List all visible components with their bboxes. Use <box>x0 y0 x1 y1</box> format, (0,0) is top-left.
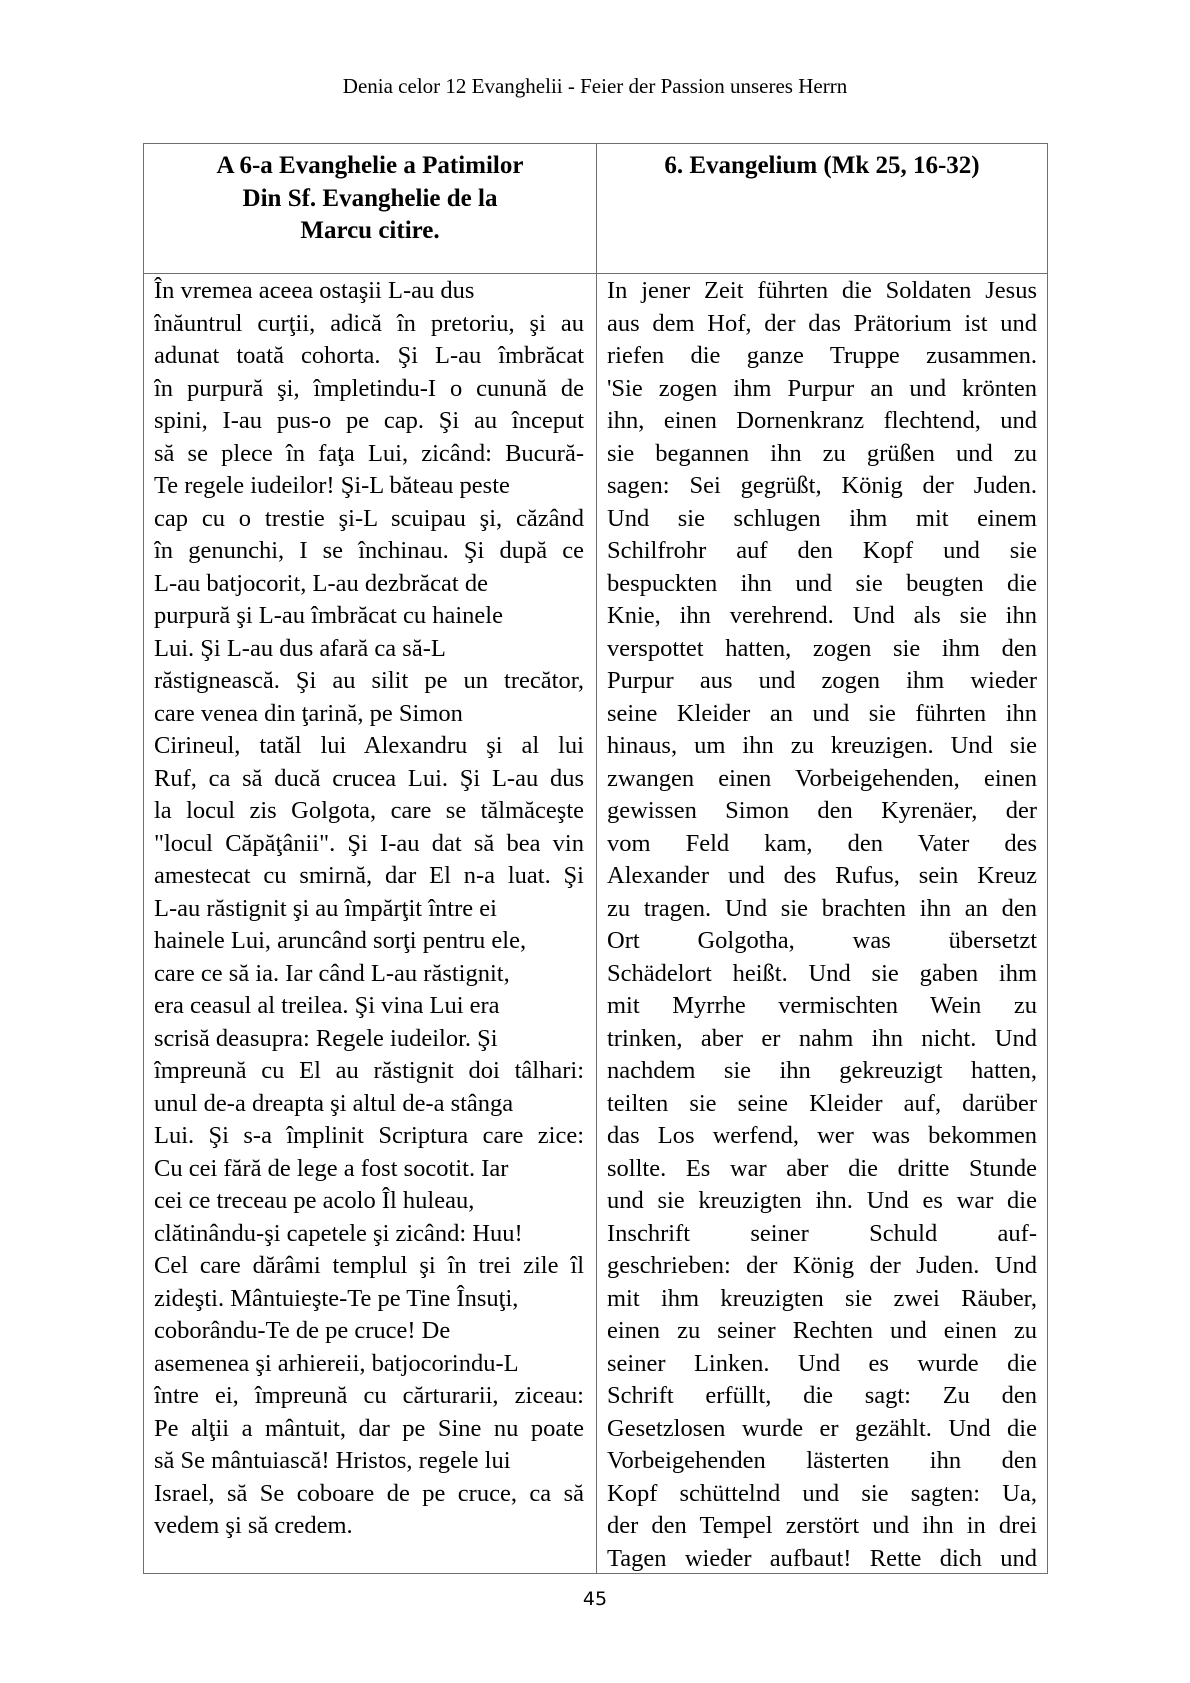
romanian-text-line: răstignească. Şi au silit pe un trecător… <box>154 665 584 698</box>
running-header: Denia celor 12 Evanghelii - Feier der Pa… <box>0 72 1190 100</box>
romanian-title-line: Marcu citire. <box>144 215 596 248</box>
german-text-line: bespuckten ihn und sie beugten die <box>607 568 1037 601</box>
german-title-line: 6. Evangelium (Mk 25, 16-32) <box>597 150 1047 183</box>
german-text-line: Tagen wieder aufbaut! Rette dich und <box>607 1543 1037 1576</box>
german-text-line: Schädelort heißt. Und sie gaben ihm <box>607 958 1037 991</box>
romanian-title-line: A 6-a Evanghelie a Patimilor <box>144 150 596 183</box>
german-text-line: seine Kleider an und sie führten ihn <box>607 698 1037 731</box>
romanian-text-line: coborându-Te de pe cruce! De <box>154 1315 584 1348</box>
romanian-text-line: clătinându-şi capetele şi zicând: Huu! <box>154 1218 584 1251</box>
romanian-text-line: Lui. Şi L-au dus afară ca să-L <box>154 633 584 666</box>
german-text-line: sollte. Es war aber die dritte Stunde <box>607 1153 1037 1186</box>
romanian-text-line: cei ce treceau pe acolo Îl huleau, <box>154 1185 584 1218</box>
romanian-text-line: În vremea aceea ostaşii L-au dus <box>154 275 584 308</box>
german-text-line: mit ihm kreuzigten sie zwei Räuber, <box>607 1283 1037 1316</box>
german-header-cell: 6. Evangelium (Mk 25, 16-32) <box>597 144 1047 273</box>
german-text-line: 'Sie zogen ihm Purpur an und krönten <box>607 373 1037 406</box>
german-text-line: verspottet hatten, zogen sie ihm den <box>607 633 1037 666</box>
romanian-text-line: să se plece în faţa Lui, zicând: Bucură- <box>154 438 584 471</box>
german-text-line: In jener Zeit führten die Soldaten Jesus <box>607 275 1037 308</box>
german-text-line: Gesetzlosen wurde er gezählt. Und die <box>607 1413 1037 1446</box>
romanian-text-line: în purpură şi, împletindu-I o cunună de <box>154 373 584 406</box>
german-text-line: Und sie schlugen ihm mit einem <box>607 503 1037 536</box>
romanian-title-line: Din Sf. Evanghelie de la <box>144 183 596 216</box>
romanian-text-line: între ei, împreună cu cărturarii, ziceau… <box>154 1380 584 1413</box>
german-text-line: gewissen Simon den Kyrenäer, der <box>607 795 1037 828</box>
romanian-text-line: vedem şi să credem. <box>154 1510 584 1543</box>
romanian-header-cell: A 6-a Evanghelie a Patimilor Din Sf. Eva… <box>144 144 596 273</box>
german-text-line: Kopf schüttelnd und sie sagten: Ua, <box>607 1478 1037 1511</box>
german-text-line: teilten sie seine Kleider auf, darüber <box>607 1088 1037 1121</box>
header-row-divider <box>144 273 1047 274</box>
german-text-line: zu tragen. Und sie brachten ihn an den <box>607 893 1037 926</box>
german-text-line: der den Tempel zerstört und ihn in drei <box>607 1510 1037 1543</box>
romanian-text-line: Te regele iudeilor! Şi-L băteau peste <box>154 470 584 503</box>
german-text-line: sie begannen ihn zu grüßen und zu <box>607 438 1037 471</box>
romanian-text-line: Lui. Şi s-a împlinit Scriptura care zice… <box>154 1120 584 1153</box>
romanian-text-line: împreună cu El au răstignit doi tâlhari: <box>154 1055 584 1088</box>
german-text-line: vom Feld kam, den Vater des <box>607 828 1037 861</box>
romanian-text-line: în genunchi, I se închinau. Şi după ce <box>154 535 584 568</box>
parallel-text-table: A 6-a Evanghelie a Patimilor Din Sf. Eva… <box>143 143 1048 1574</box>
romanian-text-line: "locul Căpăţânii". Şi I-au dat să bea vi… <box>154 828 584 861</box>
german-text-line: nachdem sie ihn gekreuzigt hatten, <box>607 1055 1037 1088</box>
romanian-text-line: care venea din ţarină, pe Simon <box>154 698 584 731</box>
german-text-line: Schilfrohr auf den Kopf und sie <box>607 535 1037 568</box>
romanian-text-line: înăuntrul curţii, adică în pretoriu, şi … <box>154 308 584 341</box>
romanian-text-line: Israel, să Se coboare de pe cruce, ca să <box>154 1478 584 1511</box>
german-text-line: Inschrift seiner Schuld auf- <box>607 1218 1037 1251</box>
page-number: 45 <box>0 1588 1190 1610</box>
german-text-line: zwangen einen Vorbeigehenden, einen <box>607 763 1037 796</box>
german-text-line: und sie kreuzigten ihn. Und es war die <box>607 1185 1037 1218</box>
german-text-line: das Los werfend, wer was bekommen <box>607 1120 1037 1153</box>
romanian-text-line: spini, I-au pus-o pe cap. Şi au început <box>154 405 584 438</box>
romanian-text-line: L-au batjocorit, L-au dezbrăcat de <box>154 568 584 601</box>
german-text-line: einen zu seiner Rechten und einen zu <box>607 1315 1037 1348</box>
romanian-text-line: Ruf, ca să ducă crucea Lui. Şi L-au dus <box>154 763 584 796</box>
romanian-text-line: adunat toată cohorta. Şi L-au îmbrăcat <box>154 340 584 373</box>
romanian-text-line: Cu cei fără de lege a fost socotit. Iar <box>154 1153 584 1186</box>
romanian-text-line: scrisă deasupra: Regele iudeilor. Şi <box>154 1023 584 1056</box>
german-text-line: riefen die ganze Truppe zusammen. <box>607 340 1037 373</box>
german-text-line: Alexander und des Rufus, sein Kreuz <box>607 860 1037 893</box>
german-text-line: Ort Golgotha, was übersetzt <box>607 925 1037 958</box>
romanian-text-line: Cel care dărâmi templul şi în trei zile … <box>154 1250 584 1283</box>
romanian-text-line: asemenea şi arhiereii, batjocorindu-L <box>154 1348 584 1381</box>
romanian-text-line: cap cu o trestie şi-L scuipau şi, căzând <box>154 503 584 536</box>
romanian-text-line: unul de-a dreapta şi altul de-a stânga <box>154 1088 584 1121</box>
german-text-line: Schrift erfüllt, die sagt: Zu den <box>607 1380 1037 1413</box>
romanian-text-line: amestecat cu smirnă, dar El n-a luat. Şi <box>154 860 584 893</box>
german-text-line: ihn, einen Dornenkranz flechtend, und <box>607 405 1037 438</box>
german-text-line: Vorbeigehenden lästerten ihn den <box>607 1445 1037 1478</box>
romanian-text-cell: În vremea aceea ostaşii L-au dusînăuntru… <box>154 275 584 1543</box>
german-text-line: mit Myrrhe vermischten Wein zu <box>607 990 1037 1023</box>
german-text-line: Knie, ihn verehrend. Und als sie ihn <box>607 600 1037 633</box>
romanian-text-line: zideşti. Mântuieşte-Te pe Tine Însuţi, <box>154 1283 584 1316</box>
romanian-text-line: Pe alţii a mântuit, dar pe Sine nu poate <box>154 1413 584 1446</box>
german-text-cell: In jener Zeit führten die Soldaten Jesus… <box>607 275 1037 1575</box>
german-text-line: trinken, aber er nahm ihn nicht. Und <box>607 1023 1037 1056</box>
column-divider <box>596 144 597 1573</box>
german-text-line: geschrieben: der König der Juden. Und <box>607 1250 1037 1283</box>
german-text-line: hinaus, um ihn zu kreuzigen. Und sie <box>607 730 1037 763</box>
romanian-text-line: care ce să ia. Iar când L-au răstignit, <box>154 958 584 991</box>
german-text-line: Purpur aus und zogen ihm wieder <box>607 665 1037 698</box>
german-text-line: seiner Linken. Und es wurde die <box>607 1348 1037 1381</box>
romanian-text-line: L-au răstignit şi au împărţit între ei <box>154 893 584 926</box>
romanian-text-line: purpură şi L-au îmbrăcat cu hainele <box>154 600 584 633</box>
romanian-text-line: să Se mântuiască! Hristos, regele lui <box>154 1445 584 1478</box>
german-text-line: aus dem Hof, der das Prätorium ist und <box>607 308 1037 341</box>
german-text-line: sagen: Sei gegrüßt, König der Juden. <box>607 470 1037 503</box>
romanian-text-line: Cirineul, tatăl lui Alexandru şi al lui <box>154 730 584 763</box>
romanian-text-line: la locul zis Golgota, care se tălmăceşte <box>154 795 584 828</box>
romanian-text-line: hainele Lui, aruncând sorţi pentru ele, <box>154 925 584 958</box>
romanian-text-line: era ceasul al treilea. Şi vina Lui era <box>154 990 584 1023</box>
